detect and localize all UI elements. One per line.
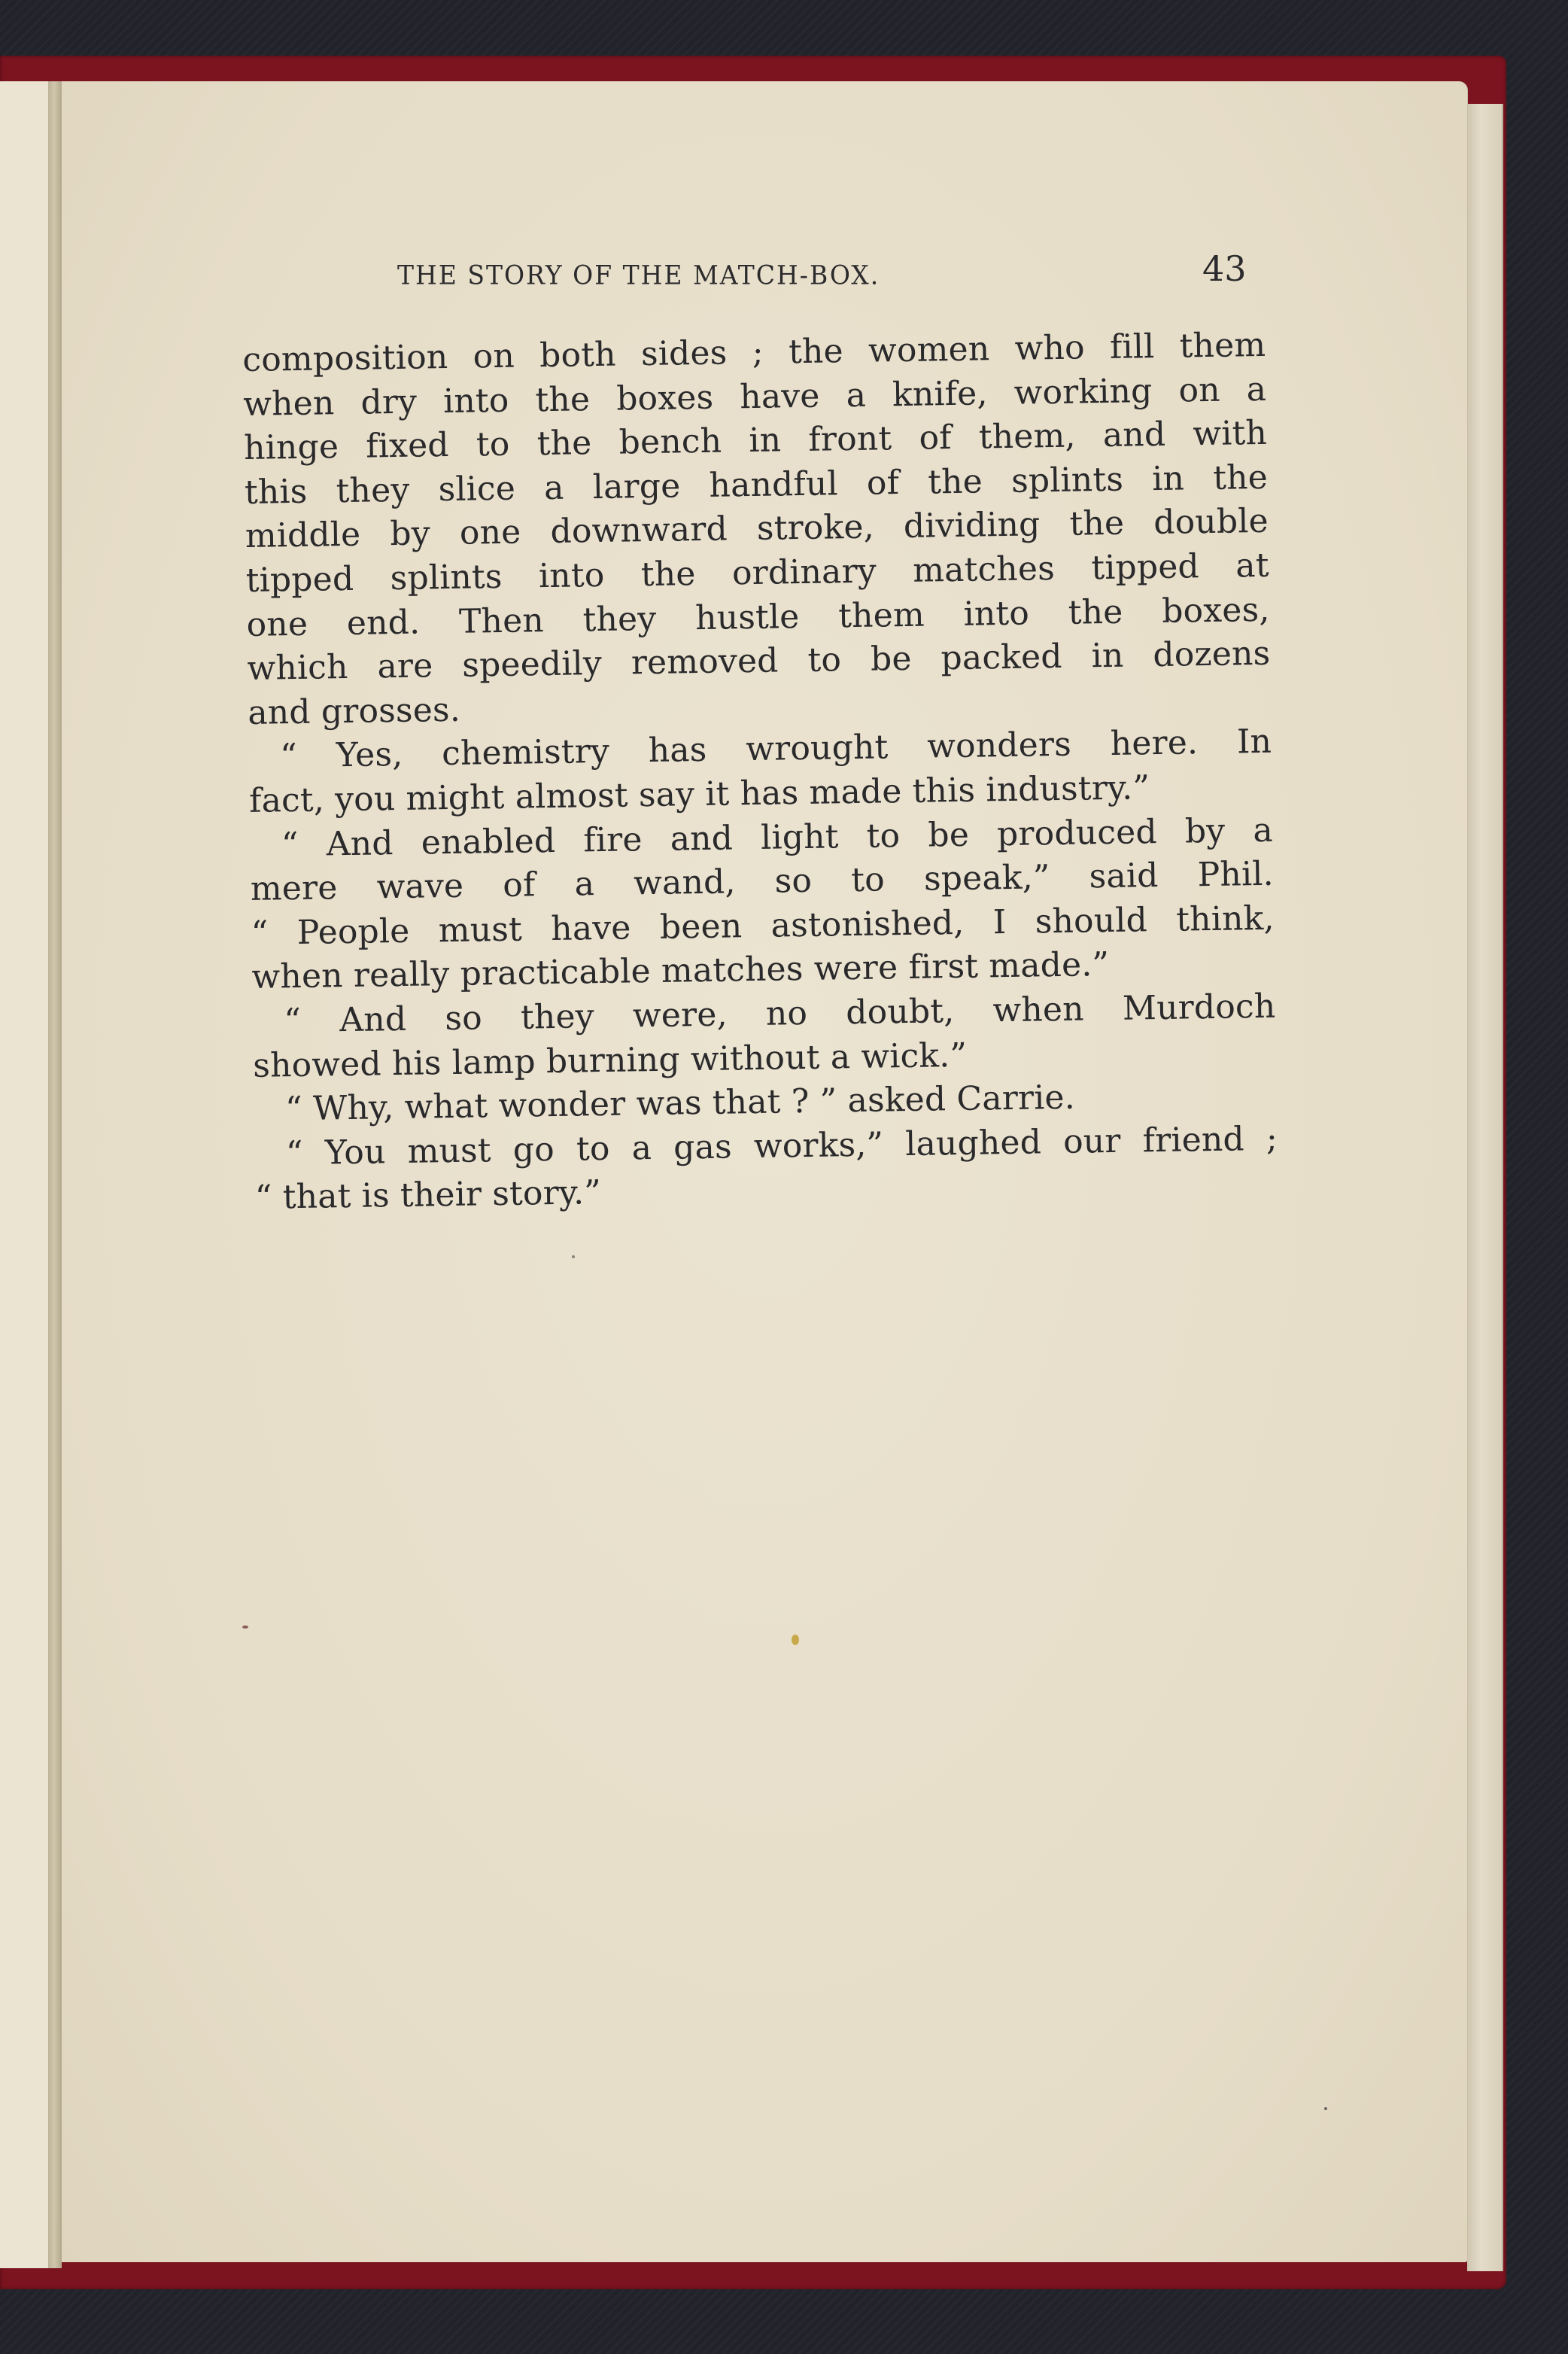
body-text: composition on both sides ; the women wh… (242, 324, 1278, 1221)
running-head: THE STORY OF THE MATCH-BOX. (397, 260, 880, 290)
page-stack-edge (1467, 104, 1503, 2271)
page-number: 43 (1202, 248, 1247, 289)
paper-speck (1324, 2107, 1327, 2110)
paper-speck (572, 1255, 575, 1258)
book-gutter (48, 81, 62, 2268)
paper-speck (242, 1626, 248, 1629)
facing-page-edge (0, 81, 48, 2268)
paper-speck (792, 1635, 799, 1645)
